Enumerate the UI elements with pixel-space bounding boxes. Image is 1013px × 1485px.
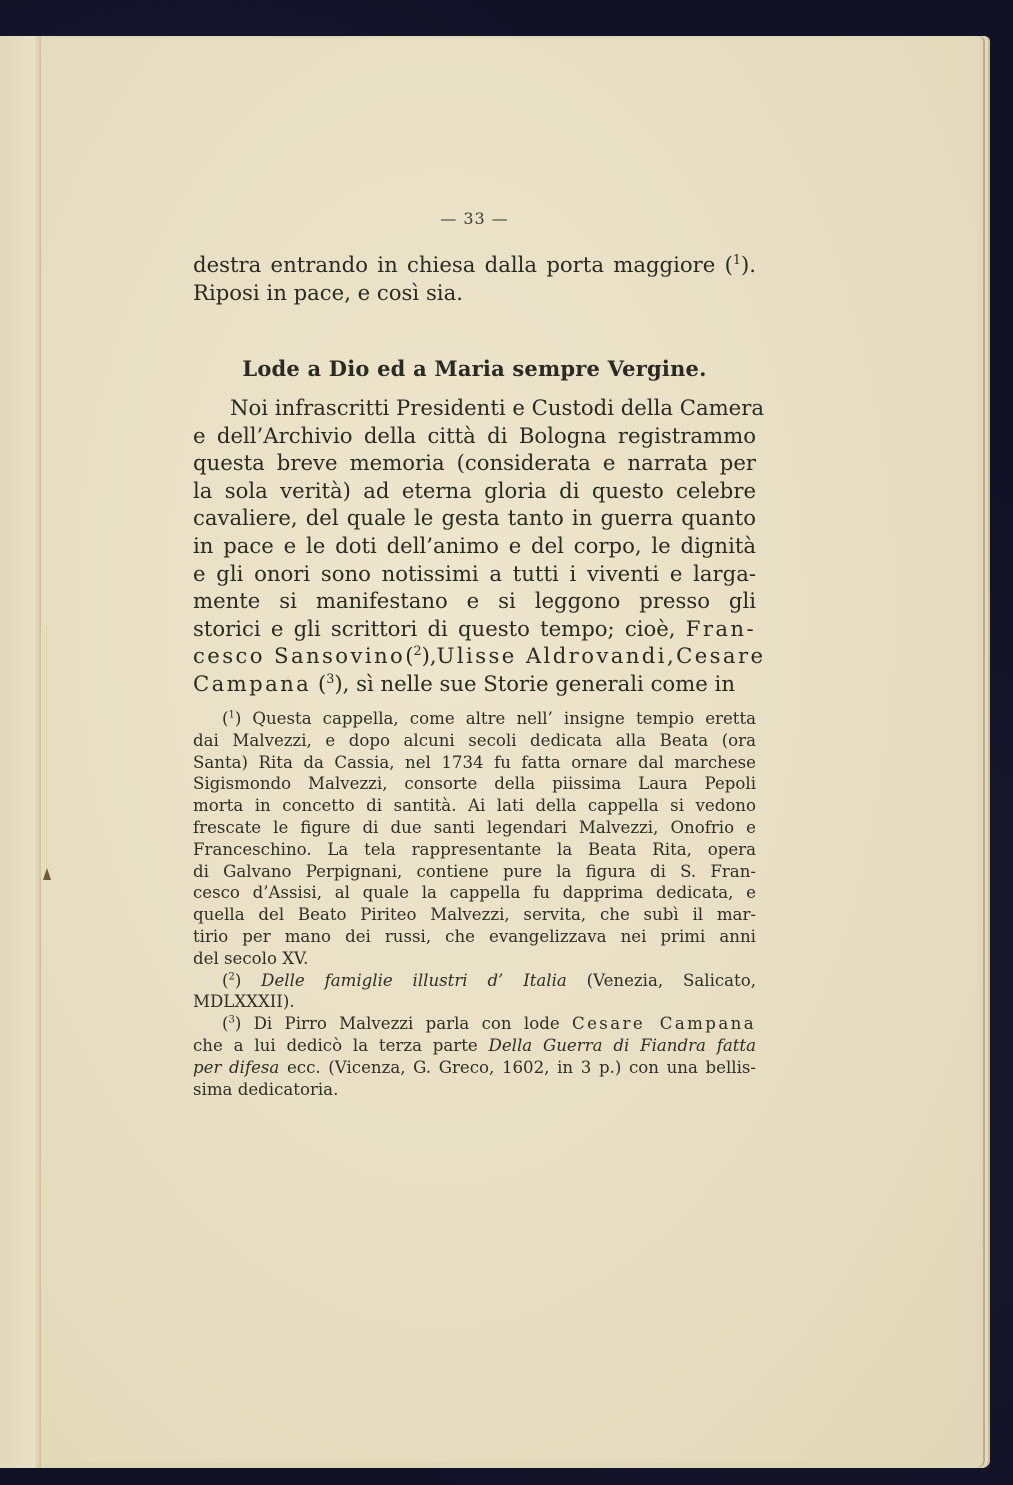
paragraph-line: la sola verità) ad eterna gloria di ques… <box>193 477 756 505</box>
section-heading: Lode a Dio ed a Maria sempre Vergine. <box>193 356 756 381</box>
paragraph-line: storici e gli scrittori di questo tempo;… <box>193 615 756 643</box>
paragraph-line: in pace e le doti dell’animo e del corpo… <box>193 532 756 560</box>
footnote-1-line: frescate le figure di due santi legendar… <box>193 817 756 839</box>
footnote-ref-1[interactable]: 1 <box>733 252 741 267</box>
footnote-3-line: per difesa ecc. (Vicenza, G. Greco, 1602… <box>193 1057 756 1079</box>
previous-page-edge <box>0 36 41 1468</box>
footnote-1-line: dai Malvezzi, e dopo alcuni secoli dedic… <box>193 730 756 752</box>
main-paragraph: Noi infrascritti Presidenti e Custodi de… <box>193 394 756 698</box>
footnote-1-line: Franceschino. La tela rappresentante la … <box>193 839 756 861</box>
paragraph-line: Campana (3), sì nelle sue Storie general… <box>193 670 756 698</box>
opening-lines: destra entrando in chiesa dalla porta ma… <box>193 251 756 306</box>
paragraph-line: cavaliere, del quale le gesta tanto in g… <box>193 504 756 532</box>
footnote-2-line: MDLXXXII). <box>193 991 756 1013</box>
footnotes: (1) Questa cappella, come altre nell’ in… <box>193 708 756 1100</box>
opening-line-1: destra entrando in chiesa dalla porta ma… <box>193 251 756 279</box>
paragraph-line: questa breve memoria (considerata e narr… <box>193 449 756 477</box>
opening-line-2: Riposi in pace, e così sia. <box>193 279 756 307</box>
paragraph-line: cesco Sansovino(2),Ulisse Aldrovandi,Ces… <box>193 642 756 670</box>
paragraph-line: e dell’Archivio della città di Bologna r… <box>193 422 756 450</box>
cited-title: Della Guerra di Fiandra fatta <box>489 1036 756 1055</box>
footnote-1-line: (1) Questa cappella, come altre nell’ in… <box>193 708 756 730</box>
footnote-marker-2: 2 <box>228 971 234 982</box>
footnote-1-line: tirio per mano dei russi, che evangelizz… <box>193 926 756 948</box>
page-number: — 33 — <box>193 209 756 228</box>
footnote-1-line: Santa) Rita da Cassia, nel 1734 fu fatta… <box>193 752 756 774</box>
footnote-1-line: di Galvano Perpignani, contiene pure la … <box>193 861 756 883</box>
footnote-3-line: sima dedicatoria. <box>193 1079 756 1101</box>
paragraph-line: Noi infrascritti Presidenti e Custodi de… <box>193 394 756 422</box>
paragraph-line: mente si manifestano e si leggono presso… <box>193 587 756 615</box>
footnote-ref-2[interactable]: 2 <box>414 643 422 658</box>
footnote-1-line: cesco d’Assisi, al quale la cappella fu … <box>193 882 756 904</box>
footnote-3-line: (3) Di Pirro Malvezzi parla con lode Ces… <box>193 1013 756 1035</box>
footnote-3-line: che a lui dedicò la terza parte Della Gu… <box>193 1035 756 1057</box>
paragraph-line: e gli onori sono notissimi a tutti i viv… <box>193 560 756 588</box>
cited-title: Delle famiglie illustri d’ Italia <box>261 971 567 990</box>
cited-title: per difesa <box>193 1058 279 1077</box>
footnote-2-line: (2) Delle famiglie illustri d’ Italia (V… <box>193 970 756 992</box>
footnote-1-line: quella del Beato Piriteo Malvezzi, servi… <box>193 904 756 926</box>
binding-thread <box>44 625 47 875</box>
footnote-1-line: del secolo XV. <box>193 948 756 970</box>
footnote-1-line: morta in concetto di santità. Ai lati de… <box>193 795 756 817</box>
footnote-1-line: Sigismondo Malvezzi, consorte della piis… <box>193 773 756 795</box>
